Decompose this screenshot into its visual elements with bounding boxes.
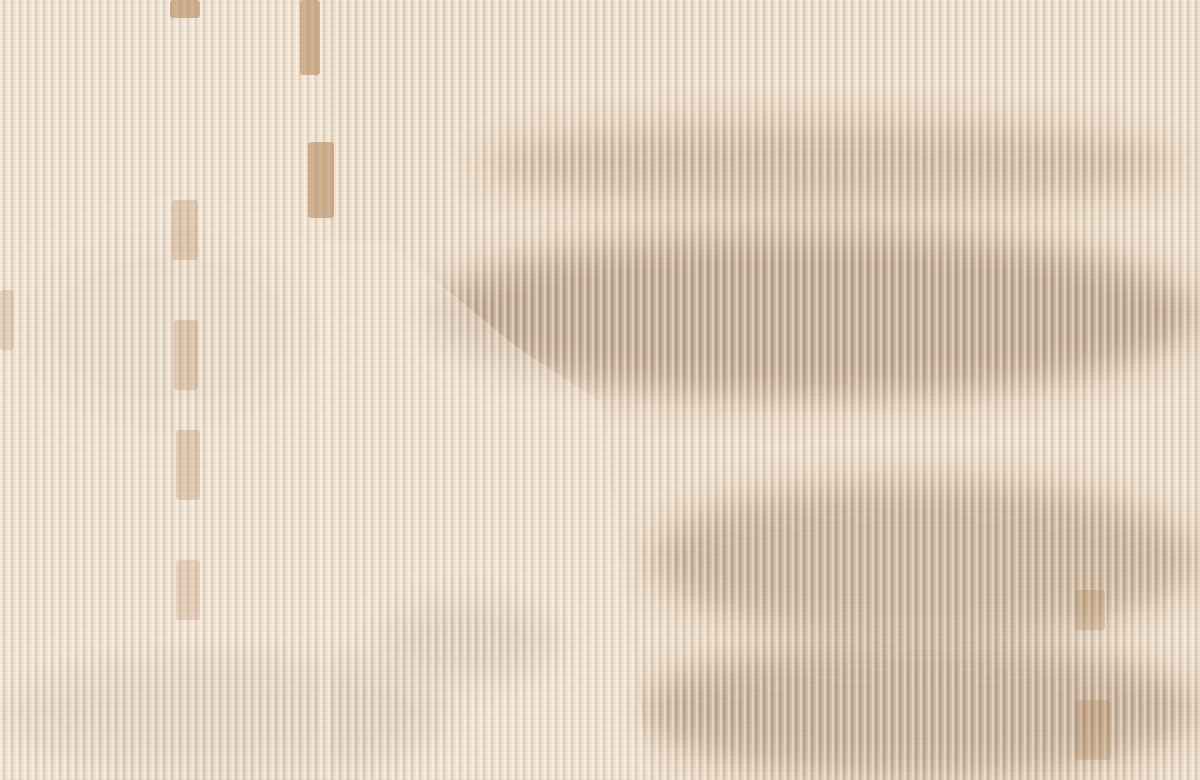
chip (308, 142, 334, 218)
texture-canvas (0, 0, 1200, 780)
chip (300, 0, 320, 75)
chip (174, 320, 198, 390)
weave-texture (0, 0, 1200, 780)
chip (1075, 700, 1111, 760)
chip (0, 290, 14, 350)
chip (1075, 590, 1105, 630)
chip (176, 560, 200, 620)
chip (176, 430, 200, 500)
chip (172, 200, 198, 260)
chip (170, 0, 200, 18)
